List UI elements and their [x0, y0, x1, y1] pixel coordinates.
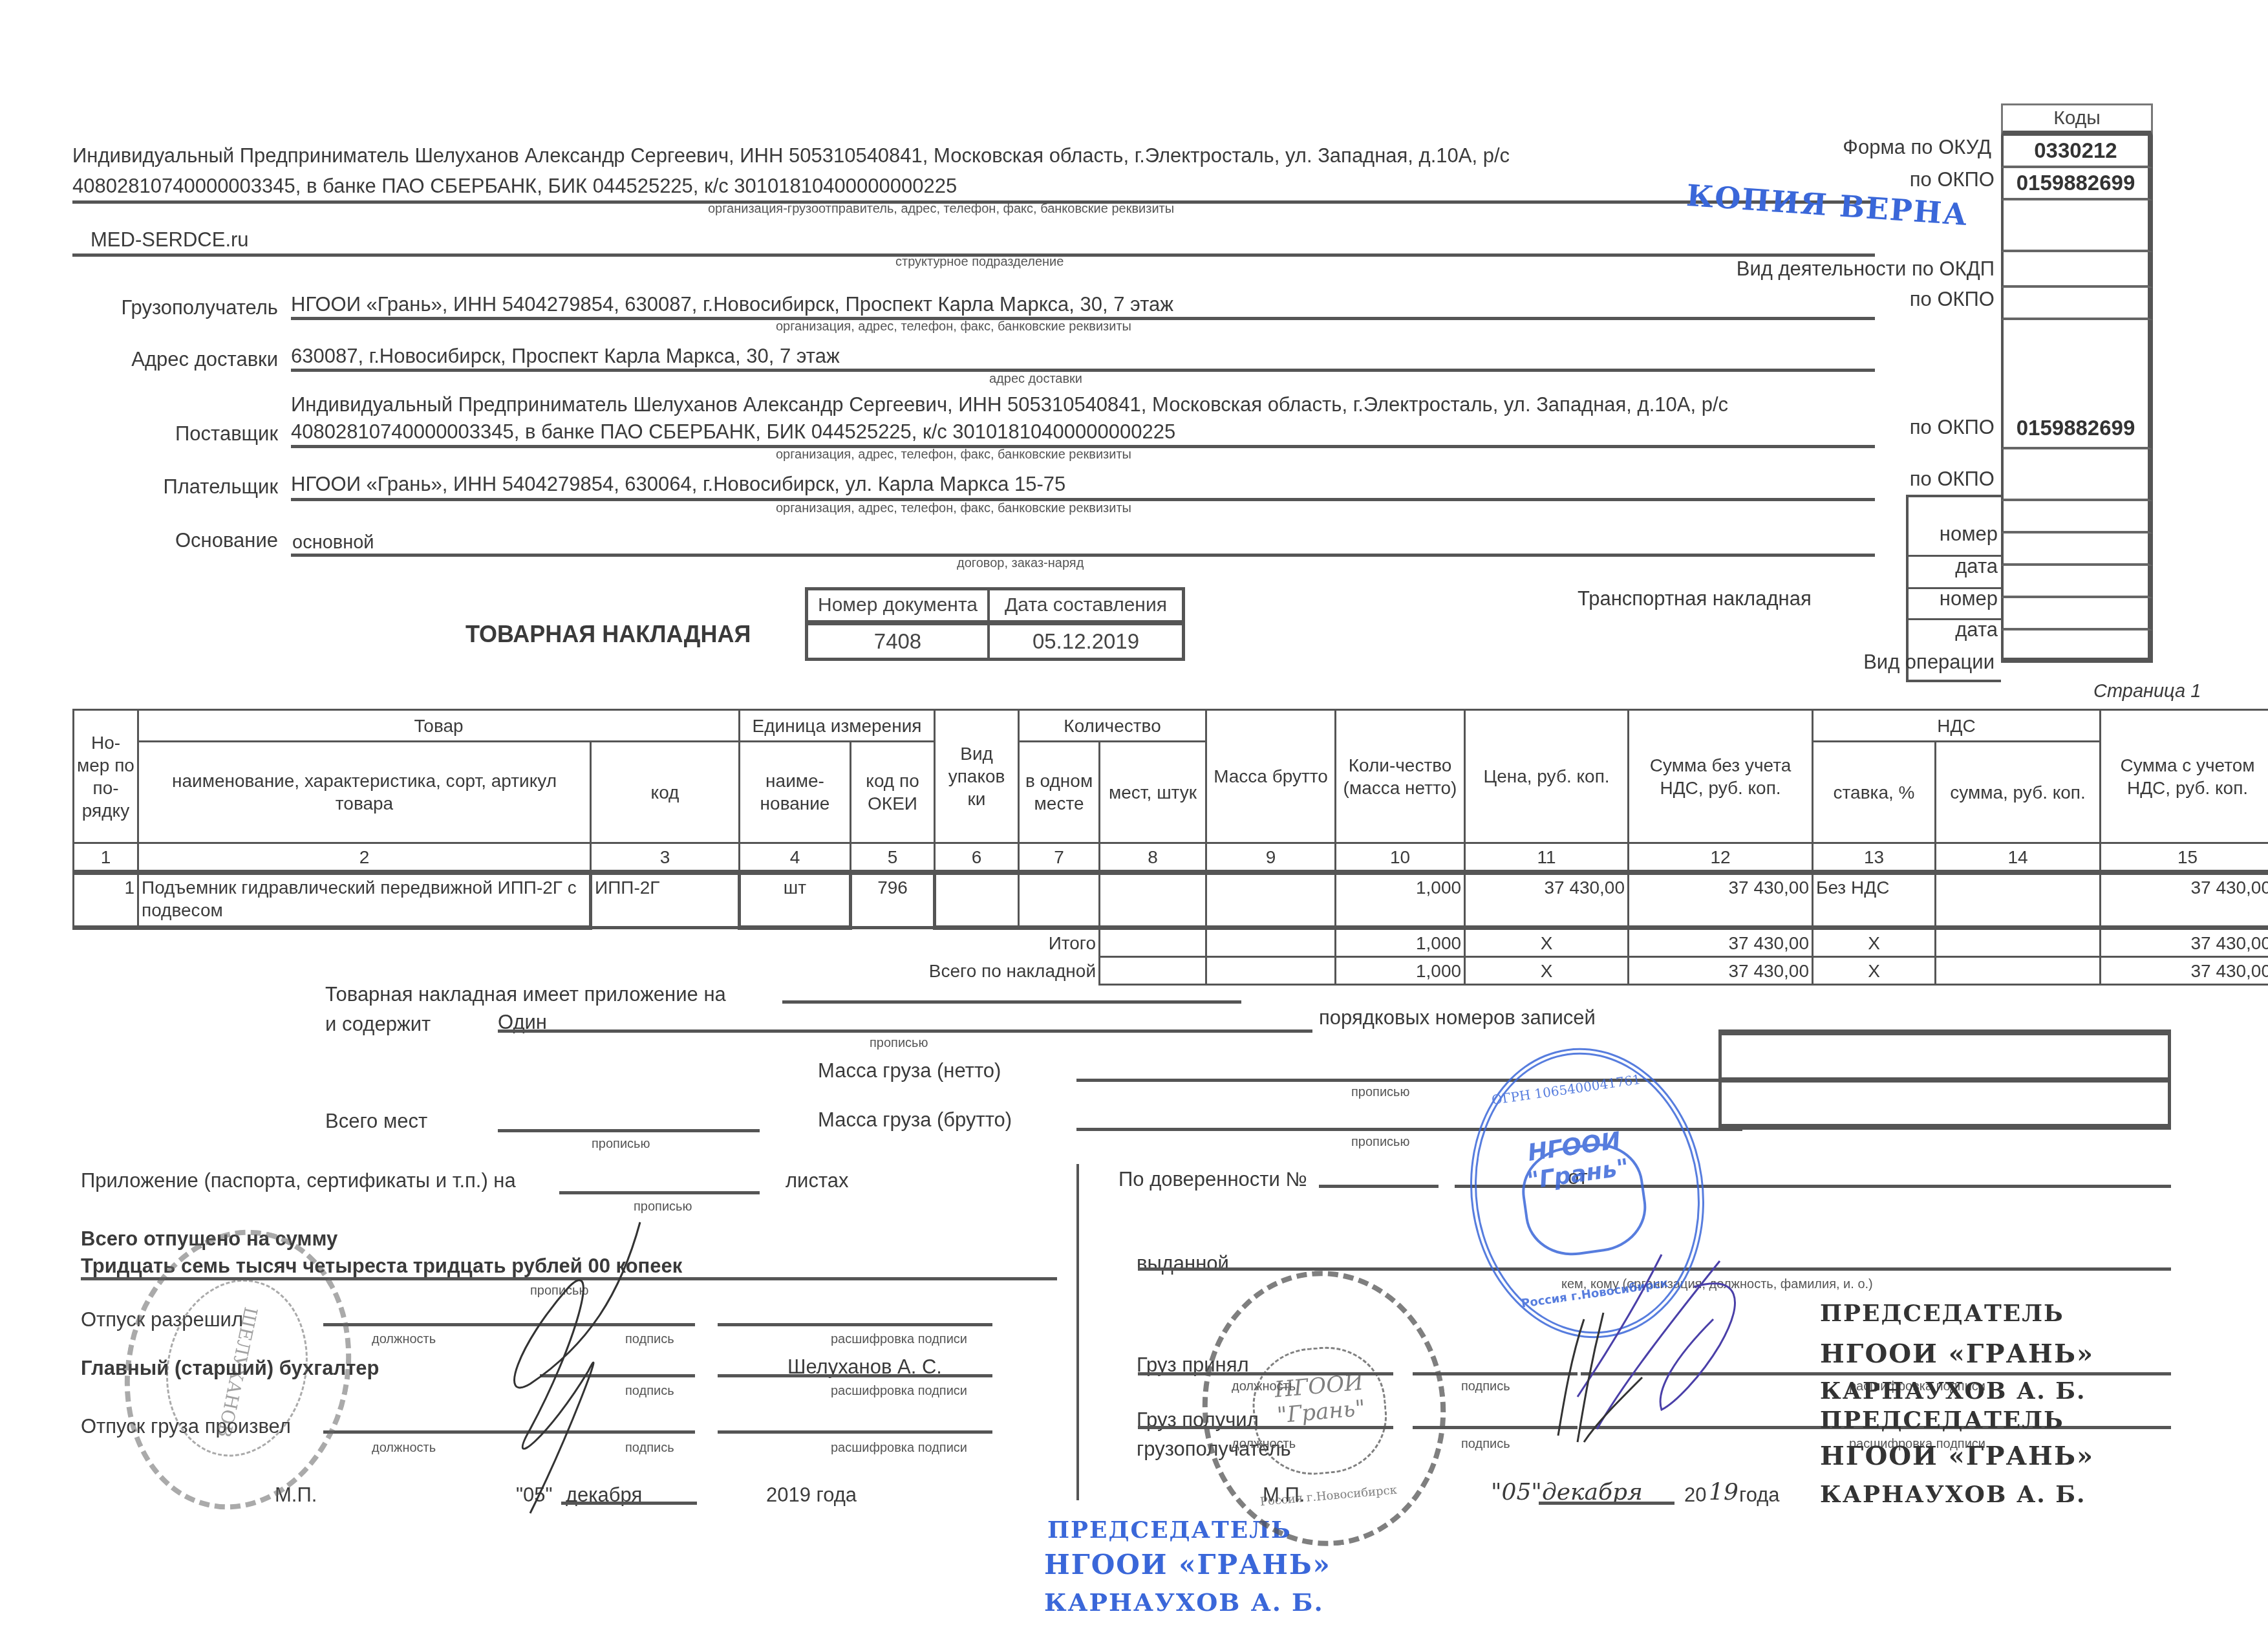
supplier-line2: 40802810740000003345, в банке ПАО СБЕРБА…	[291, 422, 1175, 442]
supplier-label: Поставщик	[65, 424, 278, 444]
grand-total-net: 1,000	[1336, 957, 1465, 985]
codes-box: Коды 0330212 0159882699 0159882699	[2001, 103, 2153, 663]
h-vat-sum: сумма, руб. коп.	[1936, 742, 2101, 843]
basis-date-code	[2001, 533, 2153, 566]
org-round-stamp-black-city: Россия г.Новосибирск	[1241, 1482, 1416, 1510]
row-num: 1	[74, 872, 138, 928]
consignee-okpo-label: по ОКПО	[1746, 289, 1995, 309]
h-pack: Вид упаков ки	[935, 710, 1019, 843]
records-label: порядковых номеров записей	[1319, 1008, 1596, 1028]
h-unit: Единица измерения	[740, 710, 935, 742]
shipper-line2: 40802810740000003345, в банке ПАО СБЕРБА…	[72, 176, 957, 196]
basis-value: основной	[292, 533, 374, 552]
total-row: Итого 1,000 X 37 430,00 X 37 430,00	[74, 928, 2268, 957]
grand-total-sum-novat: 37 430,00	[1629, 957, 1813, 985]
okud-code: 0330212	[2001, 136, 2153, 168]
sheets-label: листах	[786, 1170, 849, 1191]
column-number: 2	[138, 843, 591, 873]
row-name: Подъемник гидравлический передвижной ИПП…	[138, 872, 591, 928]
row-vat-sum	[1936, 872, 2101, 928]
consignee-value: НГООИ «Грань», ИНН 5404279854, 630087, г…	[291, 294, 1173, 314]
table-row: 1 Подъемник гидравлический передвижной И…	[74, 872, 2268, 928]
grand-total-label: Всего по накладной	[74, 957, 1100, 985]
chairman-blue-org: НГООИ «ГРАНЬ»	[1044, 1549, 1331, 1580]
chairman-stamp-name-1: КАРНАУХОВ А. Б.	[1820, 1377, 2086, 1405]
chairman-blue-name: КАРНАУХОВ А. Б.	[1044, 1588, 1324, 1617]
position-caption-1: должность	[372, 1332, 436, 1347]
operation-label: Вид операции	[1746, 652, 1995, 672]
column-number: 7	[1019, 843, 1100, 873]
release-date-year: 2019 года	[766, 1485, 857, 1505]
column-number: 5	[851, 843, 935, 873]
decode-caption-3: расшифровка подписи	[831, 1441, 967, 1456]
row-okei: 796	[851, 872, 935, 928]
okdp-code	[2001, 252, 2153, 288]
receive-date-year-prefix: 20	[1684, 1485, 1706, 1505]
total-sum-novat: 37 430,00	[1629, 928, 1813, 957]
total-places	[1100, 928, 1206, 957]
row-qty-one	[1019, 872, 1100, 928]
grand-total-vat-rate: X	[1813, 957, 1936, 985]
column-number: 11	[1465, 843, 1629, 873]
row-net: 1,000	[1336, 872, 1465, 928]
receiver-signature-black	[1545, 1306, 1662, 1449]
column-number: 9	[1206, 843, 1336, 873]
column-number: 6	[935, 843, 1019, 873]
column-number: 10	[1336, 843, 1465, 873]
grand-total-price: X	[1465, 957, 1629, 985]
transport-label: Транспортная накладная	[1578, 588, 1812, 609]
receive-date-month: декабря	[1542, 1481, 1643, 1504]
h-goods: Товар	[138, 710, 740, 742]
h-sum-novat: Сумма без учета НДС, руб. коп.	[1629, 710, 1813, 843]
column-numbers-row: 123456789101112131415	[74, 843, 2268, 873]
h-net: Коли-чество (масса нетто)	[1336, 710, 1465, 843]
chairman-stamp-org-1: НГООИ «ГРАНЬ»	[1820, 1339, 2094, 1369]
grand-total-places	[1100, 957, 1206, 985]
mass-gross-caption: прописью	[1351, 1135, 1410, 1150]
org-round-stamp-ogrn: ОГРН 1065400041761	[1482, 1070, 1651, 1109]
h-qty: Количество	[1019, 710, 1206, 742]
doc-number-header: Номер документа	[807, 589, 989, 623]
signature-caption-4: подпись	[1461, 1379, 1510, 1394]
column-number: 8	[1100, 843, 1206, 873]
total-gross	[1206, 928, 1336, 957]
row-vat-rate: Без НДС	[1813, 872, 1936, 928]
doc-number: 7408	[807, 623, 989, 660]
column-number: 1	[74, 843, 138, 873]
document-number-box: Номер документа Дата составления 7408 05…	[805, 587, 1185, 661]
chairman-stamp-name-2: КАРНАУХОВ А. Б.	[1820, 1481, 2086, 1508]
h-vat-rate: ставка, %	[1813, 742, 1936, 843]
chairman-stamp-title-2: ПРЕДСЕДАТЕЛЬ	[1820, 1406, 2064, 1434]
column-number: 12	[1629, 843, 1813, 873]
mass-net-label: Масса груза (нетто)	[818, 1061, 1001, 1081]
h-goods-code: код	[591, 742, 740, 843]
blank-code	[2001, 200, 2153, 252]
shipper-caption: организация-грузоотправитель, адрес, тел…	[708, 202, 1174, 217]
payer-label: Плательщик	[65, 477, 278, 497]
column-number: 3	[591, 843, 740, 873]
basis-caption: договор, заказ-наряд	[957, 556, 1084, 571]
column-number: 15	[2101, 843, 2268, 873]
okpo-label: по ОКПО	[1746, 169, 1995, 189]
department-value: MED-SERDCE.ru	[91, 230, 249, 250]
supplier-line1: Индивидуальный Предприниматель Шелуханов…	[291, 394, 1728, 415]
total-label: Итого	[74, 928, 1100, 957]
total-sum-vat: 37 430,00	[2101, 928, 2268, 957]
receive-date-suffix: года	[1739, 1485, 1780, 1505]
h-goods-name: наименование, характеристика, сорт, арти…	[138, 742, 591, 843]
row-qty-places	[1100, 872, 1206, 928]
basis-date-label: дата	[1907, 556, 1998, 576]
column-number: 13	[1813, 843, 1936, 873]
h-unit-name: наиме-нование	[740, 742, 851, 843]
row-sum-vat: 37 430,00	[2101, 872, 2268, 928]
payer-okpo-code	[2001, 449, 2153, 501]
total-vat-rate: X	[1813, 928, 1936, 957]
document-title: ТОВАРНАЯ НАКЛАДНАЯ	[465, 623, 751, 646]
delivery-value: 630087, г.Новосибирск, Проспект Карла Ма…	[291, 346, 840, 366]
power-of-attorney-label: По доверенности №	[1118, 1169, 1307, 1189]
decode-caption-1: расшифровка подписи	[831, 1332, 967, 1347]
h-gross: Масса брутто	[1206, 710, 1336, 843]
page-number: Страница 1	[2093, 682, 2201, 701]
column-number: 14	[1936, 843, 2101, 873]
row-unit: шт	[740, 872, 851, 928]
payer-caption: организация, адрес, телефон, факс, банко…	[776, 501, 1131, 516]
row-sum-novat: 37 430,00	[1629, 872, 1813, 928]
org-round-stamp-black: НГООИ "Грань" Россия г.Новосибирск	[1191, 1260, 1457, 1556]
grand-total-vat-sum	[1936, 957, 2101, 985]
supplier-okpo-code: 0159882699	[2001, 320, 2153, 449]
row-price: 37 430,00	[1465, 872, 1629, 928]
contains-label: и содержит	[325, 1014, 431, 1034]
h-unit-okei: код по ОКЕИ	[851, 742, 935, 843]
transport-number-label: номер	[1907, 588, 1998, 609]
basis-label: Основание	[65, 530, 278, 550]
signature-caption-5: подпись	[1461, 1437, 1510, 1452]
h-vat: НДС	[1813, 710, 2101, 742]
total-price: X	[1465, 928, 1629, 957]
total-vat-sum	[1936, 928, 2101, 957]
total-net: 1,000	[1336, 928, 1465, 957]
basis-number-label: номер	[1907, 524, 1998, 544]
payer-okpo-label: по ОКПО	[1746, 469, 1995, 489]
grand-total-row: Всего по накладной 1,000 X 37 430,00 X 3…	[74, 957, 2268, 985]
grand-total-gross	[1206, 957, 1336, 985]
h-price: Цена, руб. коп.	[1465, 710, 1629, 843]
okpo-code: 0159882699	[2001, 168, 2153, 200]
row-code: ИПП-2Г	[591, 872, 740, 928]
h-sum-vat: Сумма с учетом НДС, руб. коп.	[2101, 710, 2268, 843]
delivery-caption: адрес доставки	[989, 372, 1082, 387]
places-label: Всего мест	[325, 1111, 427, 1131]
mass-net-caption: прописью	[1351, 1085, 1410, 1100]
mass-gross-label: Масса груза (брутто)	[818, 1110, 1012, 1130]
contains-caption: прописью	[870, 1036, 928, 1051]
okdp-label: Вид деятельности по ОКДП	[1616, 259, 1995, 279]
consignee-okpo-code	[2001, 288, 2153, 320]
grand-total-sum-vat: 37 430,00	[2101, 957, 2268, 985]
shipper-line1: Индивидуальный Предприниматель Шелуханов…	[72, 145, 1510, 166]
okud-label: Форма по ОКУД	[1746, 137, 1991, 157]
chairman-stamp-title-1: ПРЕДСЕДАТЕЛЬ	[1820, 1300, 2064, 1327]
row-gross	[1206, 872, 1336, 928]
codes-header: Коды	[2001, 103, 2153, 136]
appendix-label: Приложение (паспорта, сертификаты и т.п.…	[81, 1170, 516, 1191]
places-caption: прописью	[592, 1137, 650, 1152]
supplier-signature	[491, 1216, 685, 1526]
doc-date: 05.12.2019	[989, 623, 1184, 660]
delivery-label: Адрес доставки	[65, 349, 278, 369]
column-number: 4	[740, 843, 851, 873]
h-qty-one: в одном месте	[1019, 742, 1100, 843]
consignee-caption: организация, адрес, телефон, факс, банко…	[776, 319, 1131, 334]
receive-date-day: "05"	[1491, 1481, 1542, 1504]
transport-date-label: дата	[1907, 620, 1998, 640]
receive-date-year-hand: 19	[1709, 1481, 1738, 1504]
basis-number-code	[2001, 501, 2153, 533]
operation-code	[2001, 630, 2153, 663]
payer-value: НГООИ «Грань», ИНН 5404279854, 630064, г…	[291, 474, 1065, 494]
chairman-stamp-org-2: НГООИ «ГРАНЬ»	[1820, 1441, 2094, 1471]
department-caption: структурное подразделение	[895, 255, 1064, 270]
row-pack	[935, 872, 1019, 928]
doc-date-header: Дата составления	[989, 589, 1184, 623]
decode-caption-2: расшифровка подписи	[831, 1384, 967, 1399]
transport-date-code	[2001, 598, 2153, 630]
h-qty-places: мест, штук	[1100, 742, 1206, 843]
appendix-caption: прописью	[634, 1200, 692, 1214]
attachment-label: Товарная накладная имеет приложение на	[325, 984, 726, 1004]
consignee-label: Грузополучатель	[65, 297, 278, 318]
goods-table: Но-мер по по-рядку Товар Единица измерен…	[72, 709, 2268, 986]
position-caption-3: должность	[372, 1441, 436, 1456]
supplier-okpo-label: по ОКПО	[1746, 417, 1995, 437]
supplier-caption: организация, адрес, телефон, факс, банко…	[776, 447, 1131, 462]
transport-number-code	[2001, 566, 2153, 598]
h-num: Но-мер по по-рядку	[74, 710, 138, 843]
